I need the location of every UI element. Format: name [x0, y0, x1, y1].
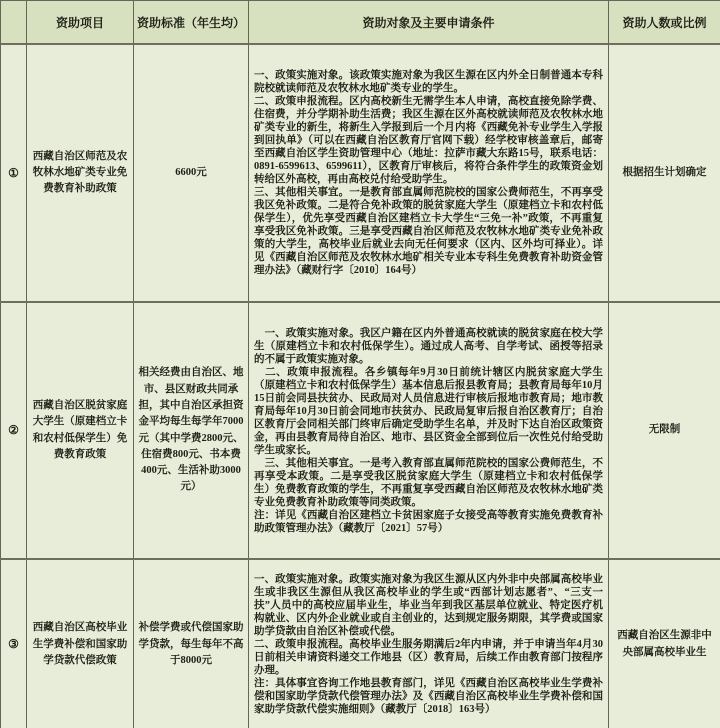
- condition-paragraph: 三、其他相关事宜。一是考入教育部直属师范院校的国家公费师范生，不再享受本政策。二…: [254, 457, 603, 509]
- condition-paragraph: 注：具体事宜咨询工作地县教育部门，详见《西藏自治区高校毕业生学费补偿和国家助学贷…: [254, 677, 603, 716]
- subsidy-standard: 6600元: [134, 44, 249, 302]
- subsidy-policy-table: 资助项目 资助标准（年生均） 资助对象及主要申请条件 资助人数或比例 ① 西藏自…: [0, 0, 720, 728]
- table-header: 资助项目 资助标准（年生均） 资助对象及主要申请条件 资助人数或比例: [1, 1, 720, 45]
- condition-paragraph: 二、政策申报流程。区内高校新生无需学生本人申请，高校直接免除学费、住宿费，并分学…: [254, 95, 603, 186]
- header-standard: 资助标准（年生均）: [134, 1, 249, 45]
- quota-text: 无限制: [609, 302, 720, 559]
- conditions-text: 一、政策实施对象。该政策实施对象为我区生源在区内外全日制普通本专科院校就读师范及…: [249, 44, 609, 302]
- table-row: ③ 西藏自治区高校毕业生学费补偿和国家助学贷款代偿政策 补偿学费或代偿国家助学贷…: [1, 559, 720, 728]
- row-index: ①: [1, 44, 27, 302]
- subsidy-standard: 相关经费由自治区、地市、县区财政共同承担，其中自治区承担资金平均每生每学年700…: [134, 302, 249, 559]
- condition-paragraph: 一、政策实施对象。政策实施对象为我区生源从区内外非中央部属高校毕业生或非我区生源…: [254, 573, 603, 638]
- condition-paragraph: 一、政策实施对象。我区户籍在区内外普通高校就读的脱贫家庭在校大学生（原建档立卡和…: [254, 327, 603, 366]
- row-index: ②: [1, 302, 27, 559]
- conditions-text: 一、政策实施对象。我区户籍在区内外普通高校就读的脱贫家庭在校大学生（原建档立卡和…: [249, 302, 609, 559]
- condition-paragraph: 注：详见《西藏自治区建档立卡贫困家庭子女接受高等教育实施免费教育补助政策管理办法…: [254, 509, 603, 535]
- project-name: 西藏自治区高校毕业生学费补偿和国家助学贷款代偿政策: [27, 559, 134, 728]
- header-row: 资助项目 资助标准（年生均） 资助对象及主要申请条件 资助人数或比例: [1, 1, 720, 45]
- table-row: ① 西藏自治区师范及农牧林水地矿类专业免费教育补助政策 6600元 一、政策实施…: [1, 44, 720, 302]
- project-name: 西藏自治区脱贫家庭大学生（原建档立卡和农村低保学生）免费教育政策: [27, 302, 134, 559]
- header-index: [1, 1, 27, 45]
- table-row: ② 西藏自治区脱贫家庭大学生（原建档立卡和农村低保学生）免费教育政策 相关经费由…: [1, 302, 720, 559]
- condition-paragraph: 二、政策申报流程。高校毕业生服务期满后2年内申请，并于申请当年4月30日前相关申…: [254, 638, 603, 677]
- condition-paragraph: 一、政策实施对象。该政策实施对象为我区生源在区内外全日制普通本专科院校就读师范及…: [254, 69, 603, 95]
- conditions-text: 一、政策实施对象。政策实施对象为我区生源从区内外非中央部属高校毕业生或非我区生源…: [249, 559, 609, 728]
- header-conditions: 资助对象及主要申请条件: [249, 1, 609, 45]
- condition-paragraph: 二、政策申报流程。各乡镇每年9月30日前统计辖区内脱贫家庭大学生（原建档立卡和农…: [254, 366, 603, 457]
- quota-text: 根据招生计划确定: [609, 44, 720, 302]
- project-name: 西藏自治区师范及农牧林水地矿类专业免费教育补助政策: [27, 44, 134, 302]
- row-index: ③: [1, 559, 27, 728]
- condition-paragraph: 三、其他相关事宜。一是教育部直属师范院校的国家公费师范生，不再享受我区免补政策。…: [254, 186, 603, 277]
- header-project: 资助项目: [27, 1, 134, 45]
- quota-text: 西藏自治区生源非中央部属高校毕业生: [609, 559, 720, 728]
- subsidy-standard: 补偿学费或代偿国家助学贷款，每生每年不高于8000元: [134, 559, 249, 728]
- header-quota: 资助人数或比例: [609, 1, 720, 45]
